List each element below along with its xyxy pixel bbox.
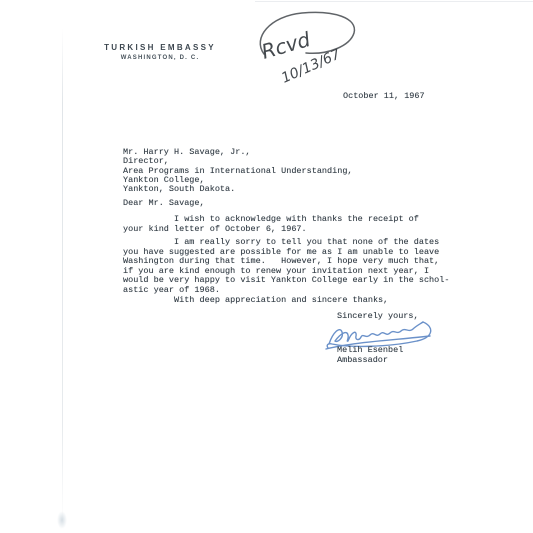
paper-top-edge [255, 1, 533, 2]
scan-smudge [57, 511, 67, 529]
body-closing-line: With deep appreciation and sincere thank… [123, 296, 388, 306]
signer-name: Melih Esenbel [337, 345, 403, 355]
annotation-received-label: Rcvd [259, 27, 313, 64]
paper-left-edge [62, 28, 63, 526]
letter-date: October 11, 1967 [343, 92, 425, 102]
body-paragraph-2: I am really sorry to tell you that none … [123, 238, 449, 295]
letterhead: TURKISH EMBASSY WASHINGTON, D. C. [85, 43, 235, 61]
signer-title: Ambassador [337, 355, 388, 365]
handwritten-received-annotation: Rcvd 10/13/67 [248, 8, 378, 88]
scanned-letter-page: TURKISH EMBASSY WASHINGTON, D. C. Rcvd 1… [0, 0, 533, 533]
recipient-address: Mr. Harry H. Savage, Jr., Director, Area… [123, 148, 353, 194]
salutation: Dear Mr. Savage, [123, 199, 205, 209]
typed-signer-block: Melih Esenbel Ambassador [337, 346, 403, 365]
letterhead-subtitle: WASHINGTON, D. C. [85, 55, 235, 61]
body-paragraph-1: I wish to acknowledge with thanks the re… [123, 215, 419, 234]
letterhead-title: TURKISH EMBASSY [85, 43, 235, 52]
